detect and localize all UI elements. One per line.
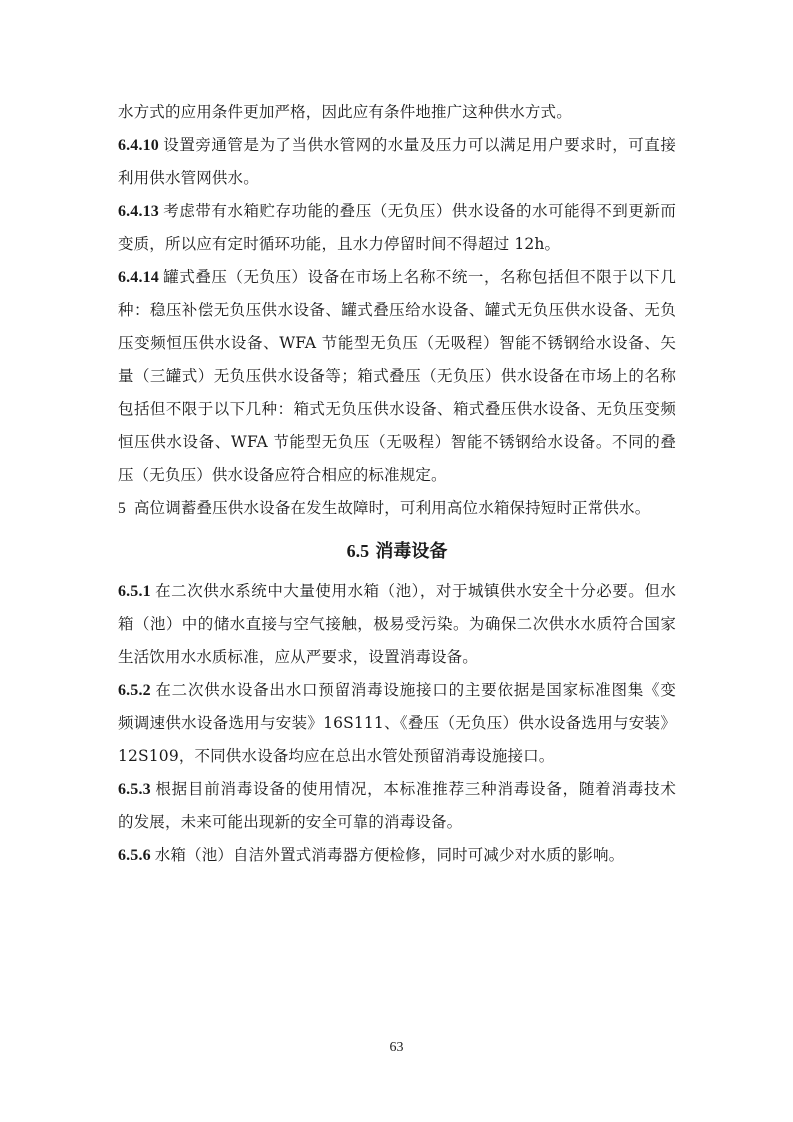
- clause-line: 频调速供水设备选用与安装》16S111、《叠压（无负压）供水设备选用与安装》: [118, 707, 676, 740]
- clause-text: 设置旁通管是为了当供水管网的水量及压力可以满足用户要求时，可直接: [163, 136, 676, 154]
- section-heading: 6.5 消毒设备: [118, 529, 676, 573]
- clause-text: 水箱（池）自洁外置式消毒器方便检修，同时可减少对水质的影响。: [155, 846, 625, 864]
- clause-text: 在二次供水设备出水口预留消毒设施接口的主要依据是国家标准图集《变: [155, 681, 676, 699]
- clause-6-5-1: 6.5.1在二次供水系统中大量使用水箱（池），对于城镇供水安全十分必要。但水 箱…: [118, 575, 676, 674]
- clause-6-4-14: 6.4.14罐式叠压（无负压）设备在市场上名称不统一，名称包括但不限于以下几 种…: [118, 261, 676, 492]
- clause-line: 量（三罐式）无负压供水设备等；箱式叠压（无负压）供水设备在市场上的名称: [118, 360, 676, 393]
- page-number: 63: [0, 1040, 793, 1056]
- clause-line: 种：稳压补偿无负压供水设备、罐式叠压给水设备、罐式无负压供水设备、无负: [118, 294, 676, 327]
- clause-6-5-6: 6.5.6水箱（池）自洁外置式消毒器方便检修，同时可减少对水质的影响。: [118, 839, 676, 872]
- clause-6-5-3: 6.5.3根据目前消毒设备的使用情况，本标准推荐三种消毒设备，随着消毒技术 的发…: [118, 773, 676, 839]
- clause-number: 6.5.3: [118, 781, 151, 798]
- section-title: 消毒设备: [375, 541, 447, 562]
- clause-number: 6.4.14: [118, 269, 159, 286]
- clause-line: 6.4.10设置旁通管是为了当供水管网的水量及压力可以满足用户要求时，可直接: [118, 129, 676, 162]
- clause-line: 压（无负压）供水设备应符合相应的标准规定。: [118, 459, 676, 492]
- clause-6-4-13: 6.4.13考虑带有水箱贮存功能的叠压（无负压）供水设备的水可能得不到更新而 变…: [118, 195, 676, 261]
- document-page: 水方式的应用条件更加严格，因此应有条件地推广这种供水方式。 6.4.10设置旁通…: [118, 96, 676, 872]
- clause-text: 根据目前消毒设备的使用情况，本标准推荐三种消毒设备，随着消毒技术: [155, 780, 676, 798]
- clause-line: 箱（池）中的储水直接与空气接触，极易受污染。为确保二次供水水质符合国家: [118, 608, 676, 641]
- clause-6-5-2: 6.5.2在二次供水设备出水口预留消毒设施接口的主要依据是国家标准图集《变 频调…: [118, 674, 676, 773]
- clause-6-4-10: 6.4.10设置旁通管是为了当供水管网的水量及压力可以满足用户要求时，可直接 利…: [118, 129, 676, 195]
- clause-text: 在二次供水系统中大量使用水箱（池），对于城镇供水安全十分必要。但水: [155, 582, 676, 600]
- clause-number: 6.5.2: [118, 682, 151, 699]
- clause-line: 恒压供水设备、WFA 节能型无负压（无吸程）智能不锈钢给水设备。不同的叠: [118, 426, 676, 459]
- clause-number: 6.4.13: [118, 203, 159, 220]
- clause-line: 压变频恒压供水设备、WFA 节能型无负压（无吸程）智能不锈钢给水设备、矢: [118, 327, 676, 360]
- clause-line: 变质，所以应有定时循环功能，且水力停留时间不得超过 12h。: [118, 228, 676, 261]
- item-number: 5: [118, 500, 126, 517]
- clause-line: 6.4.14罐式叠压（无负压）设备在市场上名称不统一，名称包括但不限于以下几: [118, 261, 676, 294]
- clause-text: 罐式叠压（无负压）设备在市场上名称不统一，名称包括但不限于以下几: [163, 268, 676, 286]
- clause-text: 考虑带有水箱贮存功能的叠压（无负压）供水设备的水可能得不到更新而: [163, 202, 676, 220]
- clause-number: 6.5.6: [118, 847, 151, 864]
- clause-line: 6.5.6水箱（池）自洁外置式消毒器方便检修，同时可减少对水质的影响。: [118, 839, 676, 872]
- clause-line: 6.5.1在二次供水系统中大量使用水箱（池），对于城镇供水安全十分必要。但水: [118, 575, 676, 608]
- list-item-5: 5高位调蓄叠压供水设备在发生故障时，可利用高位水箱保持短时正常供水。: [118, 492, 676, 525]
- clause-line: 生活饮用水水质标准，应从严要求，设置消毒设备。: [118, 641, 676, 674]
- clause-line: 6.5.3根据目前消毒设备的使用情况，本标准推荐三种消毒设备，随着消毒技术: [118, 773, 676, 806]
- clause-line: 的发展，未来可能出现新的安全可靠的消毒设备。: [118, 806, 676, 839]
- clause-line: 包括但不限于以下几种：箱式无负压供水设备、箱式叠压供水设备、无负压变频: [118, 393, 676, 426]
- item-text: 高位调蓄叠压供水设备在发生故障时，可利用高位水箱保持短时正常供水。: [134, 499, 650, 517]
- clause-line: 12S109，不同供水设备均应在总出水管处预留消毒设施接口。: [118, 740, 676, 773]
- paragraph-line: 水方式的应用条件更加严格，因此应有条件地推广这种供水方式。: [118, 96, 676, 129]
- clause-number: 6.5.1: [118, 583, 151, 600]
- section-number: 6.5: [347, 541, 370, 561]
- clause-line: 利用供水管网供水。: [118, 162, 676, 195]
- clause-line: 6.4.13考虑带有水箱贮存功能的叠压（无负压）供水设备的水可能得不到更新而: [118, 195, 676, 228]
- clause-line: 6.5.2在二次供水设备出水口预留消毒设施接口的主要依据是国家标准图集《变: [118, 674, 676, 707]
- clause-number: 6.4.10: [118, 137, 159, 154]
